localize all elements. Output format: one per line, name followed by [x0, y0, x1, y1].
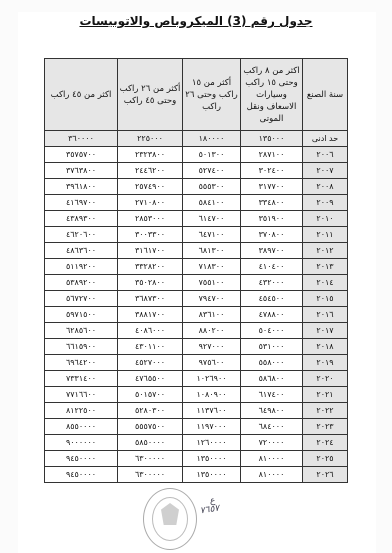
year-cell: ٢٠١٥ [303, 291, 348, 307]
cell: ١٢٦٠٠٠٠ [183, 435, 241, 451]
cell: ٥١١٩٢٠٠ [45, 259, 118, 275]
cell: ١٠٨٠٩٠٠ [183, 387, 241, 403]
cell: ٥٨٤١٠٠ [183, 195, 241, 211]
year-cell: ٢٠١٨ [303, 339, 348, 355]
year-cell: ٢٠٠٨ [303, 179, 348, 195]
year-cell: ٢٠١١ [303, 227, 348, 243]
cell: ٥٥٥٣٠٠ [183, 179, 241, 195]
table-row: ٢٠١٩٥٥٨٠٠٠٩٧٥٦٠٠٤٥٢٧٠٠٠٦٩٦٤٢٠٠ [45, 355, 348, 371]
cell: ٤٥٤٥٠٠ [241, 291, 303, 307]
cell: ٩٧٥٦٠٠ [183, 355, 241, 371]
cell: ١٣٥٠٠٠٠ [183, 467, 241, 483]
table-row: ٢٠٢١٦١٧٤٠٠١٠٨٠٩٠٠٥٠١٥٧٠٠٧٧١٦٦٠٠ [45, 387, 348, 403]
year-cell: ٢٠٢٣ [303, 419, 348, 435]
cell: ٧٢٠٠٠٠ [241, 435, 303, 451]
year-cell: ٢٠١٣ [303, 259, 348, 275]
table-row: ٢٠٠٩٣٣٤٨٠٠٥٨٤١٠٠٢٧١٠٨٠٠٤١٦٩٧٠٠ [45, 195, 348, 211]
year-cell: ٢٠١٢ [303, 243, 348, 259]
cell: ١٨٠٠٠٠ [183, 131, 241, 147]
cell: ٥٨٥٠٠٠٠ [118, 435, 183, 451]
table-row: ٢٠٠٧٣٠٢٤٠٠٥٢٧٤٠٠٢٤٤٦٢٠٠٣٧٦٣٨٠٠ [45, 163, 348, 179]
table-row: ٢٠٠٨٣١٧٧٠٠٥٥٥٣٠٠٢٥٧٤٩٠٠٣٩٦١٨٠٠ [45, 179, 348, 195]
cell: ٥٩٧١٥٠٠ [45, 307, 118, 323]
table-row: ٢٠٢٥٨١٠٠٠٠١٣٥٠٠٠٠٦٣٠٠٠٠٠٩٤٥٠٠٠٠ [45, 451, 348, 467]
table-row: ٢٠١١٣٧٠٨٠٠٦٤٧١٠٠٣٠٠٣٣٠٠٤٦٢٠٦٠٠ [45, 227, 348, 243]
cell: ٣٧٦٣٨٠٠ [45, 163, 118, 179]
cell: ٨٥٥٠٠٠٠ [45, 419, 118, 435]
cell: ٥٥٨٠٠٠ [241, 355, 303, 371]
year-cell: ٢٠٠٧ [303, 163, 348, 179]
cell: ٦٣٠٠٠٠٠ [118, 467, 183, 483]
cell: ١١٩٧٠٠٠ [183, 419, 241, 435]
table-row: ٢٠١٣٤١٠٤٠٠٧١٨٣٠٠٣٣٢٨٢٠٠٥١١٩٢٠٠ [45, 259, 348, 275]
cell: ٩٤٥٠٠٠٠ [45, 467, 118, 483]
cell: ٥٦٧٢٧٠٠ [45, 291, 118, 307]
header-26-45-passengers: أكثر من ٢٦ راكب وحتى ٤٥ راكب [118, 59, 183, 131]
cell: ٣٧٠٨٠٠ [241, 227, 303, 243]
year-cell: ٢٠٢١ [303, 387, 348, 403]
cell: ٦٢٨٥٦٠٠ [45, 323, 118, 339]
cell: ٧٩٤٧٠٠ [183, 291, 241, 307]
cell: ٦٤٧١٠٠ [183, 227, 241, 243]
table-row: ٢٠١٧٥٠٤٠٠٠٨٨٠٢٠٠٤٠٨٦٠٠٠٦٢٨٥٦٠٠ [45, 323, 348, 339]
cell: ٩٢٧٠٠٠ [183, 339, 241, 355]
table-row: ٢٠٢٢٦٤٩٨٠٠١١٣٧٦٠٠٥٢٨٠٣٠٠٨١٢٢٥٠٠ [45, 403, 348, 419]
cell: ٢٥٧٤٩٠٠ [118, 179, 183, 195]
header-year: سنة الصنع [303, 59, 348, 131]
year-cell: ٢٠٠٩ [303, 195, 348, 211]
cell: ٨١٠٠٠٠ [241, 451, 303, 467]
header-over-45-passengers: اكثر من ٤٥ راكب [45, 59, 118, 131]
cell: ٣٦٨٧٣٠٠ [118, 291, 183, 307]
cell: ٣٥٧٥٧٠٠ [45, 147, 118, 163]
minimum-row: حد ادنى ١٣٥٠٠٠ ١٨٠٠٠٠ ٢٢٥٠٠٠ ٣٦٠٠٠٠ [45, 131, 348, 147]
year-cell: ٢٠٢٠ [303, 371, 348, 387]
year-cell: ٢٠٢٢ [303, 403, 348, 419]
year-cell: ٢٠١٤ [303, 275, 348, 291]
cell: ٢٨٥٣٠٠٠ [118, 211, 183, 227]
cell: ٤٥٢٧٠٠٠ [118, 355, 183, 371]
cell: ٣٣٤٨٠٠ [241, 195, 303, 211]
cell: ٦٣٠٠٠٠٠ [118, 451, 183, 467]
cell: ١٣٥٠٠٠ [241, 131, 303, 147]
year-cell: ٢٠١٠ [303, 211, 348, 227]
cell: ٥٢٧٤٠٠ [183, 163, 241, 179]
table-row: ٢٠٢٦٨١٠٠٠٠١٣٥٠٠٠٠٦٣٠٠٠٠٠٩٤٥٠٠٠٠ [45, 467, 348, 483]
cell: ٣٦٠٠٠٠ [45, 131, 118, 147]
table-row: ٢٠١٨٥٣١٠٠٠٩٢٧٠٠٠٤٣٠١١٠٠٦٦١٥٩٠٠ [45, 339, 348, 355]
cell: ٤٨٦٣٦٠٠ [45, 243, 118, 259]
cell: ٩٤٥٠٠٠٠ [45, 451, 118, 467]
cell: ٣٩٦١٨٠٠ [45, 179, 118, 195]
table-row: ٢٠١٥٤٥٤٥٠٠٧٩٤٧٠٠٣٦٨٧٣٠٠٥٦٧٢٧٠٠ [45, 291, 348, 307]
cell: ٧٧١٦٦٠٠ [45, 387, 118, 403]
year-cell: ٢٠٢٤ [303, 435, 348, 451]
cell: ٤٣٨٩٣٠٠ [45, 211, 118, 227]
cell: ٣١٧٧٠٠ [241, 179, 303, 195]
cell: ٣٨٨١٧٠٠ [118, 307, 183, 323]
header-row: سنة الصنع اكثر من ٨ راكب وحتى ١٥ راكب وس… [45, 59, 348, 131]
cell: ٥٣١٠٠٠ [241, 339, 303, 355]
cell: ٦٨٤٠٠٠ [241, 419, 303, 435]
cell: ٤٦٢٠٦٠٠ [45, 227, 118, 243]
cell: ٦٤٩٨٠٠ [241, 403, 303, 419]
table-row: ٢٠٢٤٧٢٠٠٠٠١٢٦٠٠٠٠٥٨٥٠٠٠٠٩٠٠٠٠٠٠ [45, 435, 348, 451]
minimum-label: حد ادنى [303, 131, 348, 147]
cell: ٣٨٩٧٠٠ [241, 243, 303, 259]
cell: ٥٢٨٠٣٠٠ [118, 403, 183, 419]
cell: ٢٧١٠٨٠٠ [118, 195, 183, 211]
official-stamp [143, 488, 197, 550]
cell: ٣٣٢٨٢٠٠ [118, 259, 183, 275]
cell: ٤٣٠١١٠٠ [118, 339, 183, 355]
cell: ٨٨٠٢٠٠ [183, 323, 241, 339]
cell: ٢٤٤٦٢٠٠ [118, 163, 183, 179]
cell: ٥٣٨٩٢٠٠ [45, 275, 118, 291]
cell: ٦١٤٧٠٠ [183, 211, 241, 227]
cell: ٣٠٢٤٠٠ [241, 163, 303, 179]
cell: ٦٦١٥٩٠٠ [45, 339, 118, 355]
cell: ٢٨٧١٠٠ [241, 147, 303, 163]
header-15-26-passengers: أكثر من ١٥ راكب وحتى ٢٦ راكب [183, 59, 241, 131]
cell: ٤٠٨٦٠٠٠ [118, 323, 183, 339]
table-row: ٢٠٢٣٦٨٤٠٠٠١١٩٧٠٠٠٥٥٥٧٥٠٠٨٥٥٠٠٠٠ [45, 419, 348, 435]
cell: ٥٠٤٠٠٠ [241, 323, 303, 339]
cell: ٩٠٠٠٠٠٠ [45, 435, 118, 451]
cell: ٦٩٦٤٢٠٠ [45, 355, 118, 371]
cell: ٥٠١٥٧٠٠ [118, 387, 183, 403]
cell: ٧٥٥١٠٠ [183, 275, 241, 291]
cell: ٤٧٨٨٠٠ [241, 307, 303, 323]
cell: ٤٣٢٠٠٠ [241, 275, 303, 291]
cell: ٨١٠٠٠٠ [241, 467, 303, 483]
cell: ٥٠١٣٠٠ [183, 147, 241, 163]
document-title: جدول رقم (3) الميكروباص والاتوبيسات [0, 14, 392, 28]
cell: ٦٨١٣٠٠ [183, 243, 241, 259]
cell: ٨١٢٢٥٠٠ [45, 403, 118, 419]
table-row: ٢٠١٦٤٧٨٨٠٠٨٣٦١٠٠٣٨٨١٧٠٠٥٩٧١٥٠٠ [45, 307, 348, 323]
header-8-15-passengers: اكثر من ٨ راكب وحتى ١٥ راكب وسيارات الاس… [241, 59, 303, 131]
cell: ٢٣٢٣٨٠٠ [118, 147, 183, 163]
year-cell: ٢٠١٩ [303, 355, 348, 371]
price-table: سنة الصنع اكثر من ٨ راكب وحتى ١٥ راكب وس… [44, 58, 348, 483]
cell: ٣٥٠٢٨٠٠ [118, 275, 183, 291]
year-cell: ٢٠٠٦ [303, 147, 348, 163]
cell: ٥٥٥٧٥٠٠ [118, 419, 183, 435]
cell: ٦١٧٤٠٠ [241, 387, 303, 403]
cell: ١١٣٧٦٠٠ [183, 403, 241, 419]
table-row: ٢٠١٢٣٨٩٧٠٠٦٨١٣٠٠٣١٦١٧٠٠٤٨٦٣٦٠٠ [45, 243, 348, 259]
cell: ٣٠٠٣٣٠٠ [118, 227, 183, 243]
cell: ٣١٦١٧٠٠ [118, 243, 183, 259]
table-row: ٢٠٢٠٥٨٦٨٠٠١٠٢٦٩٠٠٤٧٦٥٥٠٠٧٣٣١٤٠٠ [45, 371, 348, 387]
year-cell: ٢٠١٧ [303, 323, 348, 339]
table-row: ٢٠١٠٣٥١٩٠٠٦١٤٧٠٠٢٨٥٣٠٠٠٤٣٨٩٣٠٠ [45, 211, 348, 227]
cell: ٧١٨٣٠٠ [183, 259, 241, 275]
cell: ٤١٠٤٠٠ [241, 259, 303, 275]
cell: ١٣٥٠٠٠٠ [183, 451, 241, 467]
cell: ٤٧٦٥٥٠٠ [118, 371, 183, 387]
table-row: ٢٠١٤٤٣٢٠٠٠٧٥٥١٠٠٣٥٠٢٨٠٠٥٣٨٩٢٠٠ [45, 275, 348, 291]
year-cell: ٢٠٢٦ [303, 467, 348, 483]
year-cell: ٢٠٢٥ [303, 451, 348, 467]
cell: ٢٢٥٠٠٠ [118, 131, 183, 147]
table-row: ٢٠٠٦٢٨٧١٠٠٥٠١٣٠٠٢٣٢٣٨٠٠٣٥٧٥٧٠٠ [45, 147, 348, 163]
cell: ٧٣٣١٤٠٠ [45, 371, 118, 387]
cell: ٨٣٦١٠٠ [183, 307, 241, 323]
cell: ٤١٦٩٧٠٠ [45, 195, 118, 211]
year-cell: ٢٠١٦ [303, 307, 348, 323]
cell: ١٠٢٦٩٠٠ [183, 371, 241, 387]
cell: ٥٨٦٨٠٠ [241, 371, 303, 387]
cell: ٣٥١٩٠٠ [241, 211, 303, 227]
